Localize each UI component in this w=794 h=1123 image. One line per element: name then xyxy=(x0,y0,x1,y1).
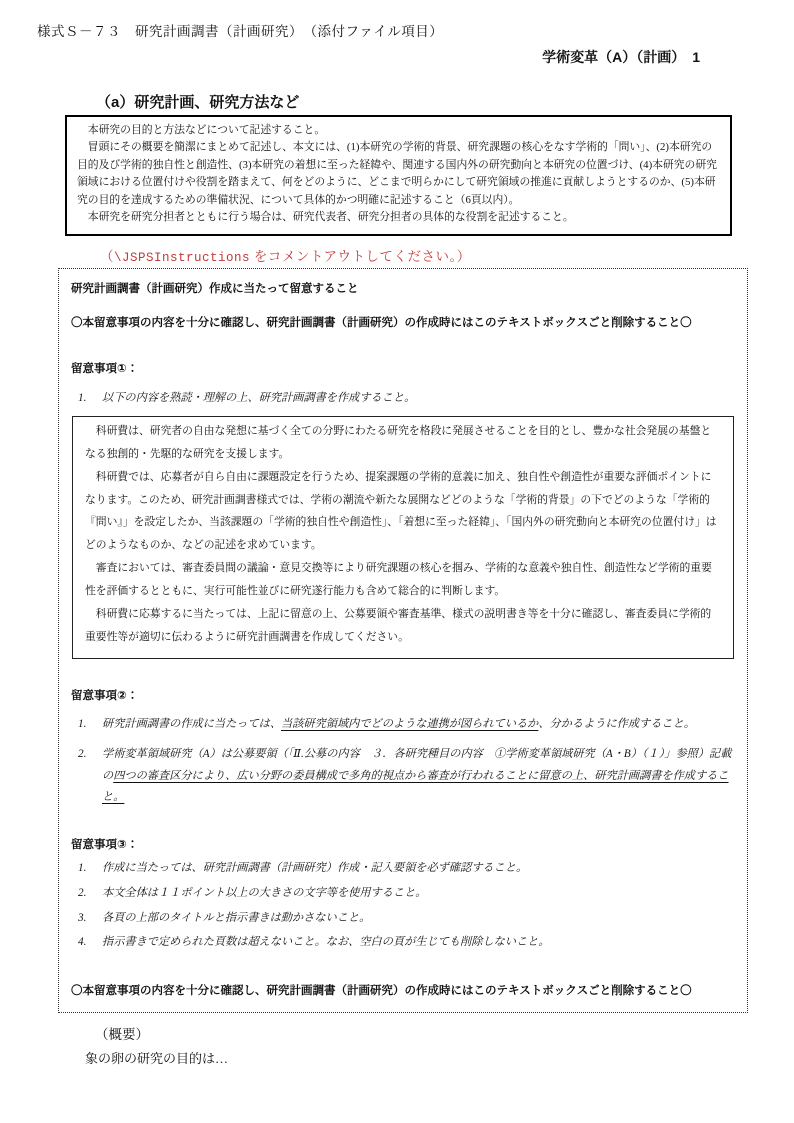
instruction-box: 本研究の目的と方法などについて記述すること。 冒頭にその概要を簡潔にまとめて記述… xyxy=(65,115,732,236)
comment-out-note: （\JSPSInstructions をコメントアウトしてください。） xyxy=(100,245,748,265)
note3-heading: 留意事項③： xyxy=(71,837,735,854)
info-paragraph-3: 審査においては、審査委員間の議論・意見交換等により研究課題の核心を掴み、学術的な… xyxy=(85,557,721,603)
summary-label: （概要） xyxy=(95,1023,748,1043)
form-number-label: 様式Ｓ－７３ 研究計画調書（計画研究） （添付ファイル項目） xyxy=(37,20,748,40)
page-content: （a）研究計画、研究方法など 本研究の目的と方法などについて記述すること。 冒頭… xyxy=(58,91,748,1067)
note3-item-2: 2. 本文全体は１１ポイント以上の大きさの文字等を使用すること。 xyxy=(71,883,735,904)
note2-item-1: 1. 研究計画調書の作成に当たっては、当該研究領域内でどのような連携が図られてい… xyxy=(71,714,735,735)
info-paragraph-4: 科研費に応募するに当たっては、上記に留意の上、公募要領や審査基準、様式の説明書き… xyxy=(85,603,721,649)
list-item-text: 作成に当たっては、研究計画調書（計画研究）作成・記入要領を必ず確認すること。 xyxy=(102,858,735,879)
document-page: 様式Ｓ－７３ 研究計画調書（計画研究） （添付ファイル項目） 学術変革（A）（計… xyxy=(0,0,794,1123)
note1-heading: 留意事項①： xyxy=(71,361,735,378)
list-number: 1. xyxy=(71,388,102,409)
section-title: （a）研究計画、研究方法など xyxy=(96,91,748,112)
delete-notice-bottom: 〇本留意事項の内容を十分に確認し、研究計画調書（計画研究）の作成時にはこのテキス… xyxy=(71,983,735,1000)
instruction-paragraph-1: 本研究の目的と方法などについて記述すること。 xyxy=(77,122,720,139)
info-paragraph-2: 科研費では、応募者が自ら自由に課題設定を行うため、提案課題の学術的意義に加え、独… xyxy=(85,466,721,558)
list-number: 1. xyxy=(71,714,102,735)
note3-item-3: 3. 各頁の上部のタイトルと指示書きは動かさないこと。 xyxy=(71,908,735,929)
list-number: 1. xyxy=(71,858,102,879)
list-number: 4. xyxy=(71,932,102,953)
page-header-label: 学術変革（A）（計画） 1 xyxy=(37,47,700,67)
underlined-phrase: 当該研究領域内でどのような連携が図られているか xyxy=(281,718,538,730)
note3-section: 留意事項③： 1. 作成に当たっては、研究計画調書（計画研究）作成・記入要領を必… xyxy=(71,837,735,953)
list-item-text: 各頁の上部のタイトルと指示書きは動かさないこと。 xyxy=(102,908,735,929)
note1-item: 1. 以下の内容を熟読・理解の上、研究計画調書を作成すること。 xyxy=(71,388,735,409)
notes-title: 研究計画調書（計画研究）作成に当たって留意すること xyxy=(71,281,735,298)
comment-note-text: をコメントアウトしてください。） xyxy=(250,249,471,264)
delete-notice-top: 〇本留意事項の内容を十分に確認し、研究計画調書（計画研究）の作成時にはこのテキス… xyxy=(71,315,735,332)
summary-text: 象の卵の研究の目的は… xyxy=(85,1048,748,1067)
list-number: 2. xyxy=(71,883,102,904)
info-paragraph-1: 科研費は、研究者の自由な発想に基づく全ての分野にわたる研究を格段に発展させること… xyxy=(85,420,721,466)
list-item-text: 本文全体は１１ポイント以上の大きさの文字等を使用すること。 xyxy=(102,883,735,904)
comment-note-latex-command: \JSPSInstructions xyxy=(114,251,250,265)
instruction-paragraph-2: 冒頭にその概要を簡潔にまとめて記述し、本文には、(1)本研究の学術的背景、研究課… xyxy=(77,139,720,209)
list-item-text: 研究計画調書の作成に当たっては、当該研究領域内でどのような連携が図られているか、… xyxy=(102,714,735,735)
kakenhi-info-box: 科研費は、研究者の自由な発想に基づく全ての分野にわたる研究を格段に発展させること… xyxy=(72,416,734,659)
note2-item-2: 2. 学術変革領域研究（A）は公募要領（「Ⅱ.公募の内容 ３．各研究種目の内容 … xyxy=(71,744,735,808)
list-item-text: 以下の内容を熟読・理解の上、研究計画調書を作成すること。 xyxy=(102,388,735,409)
instruction-paragraph-3: 本研究を研究分担者とともに行う場合は、研究代表者、研究分担者の具体的な役割を記述… xyxy=(77,209,720,226)
note2-heading: 留意事項②： xyxy=(71,688,735,705)
comment-note-open-paren: （ xyxy=(100,249,114,264)
list-number: 2. xyxy=(71,744,102,808)
note3-item-4: 4. 指示書きで定められた頁数は超えないこと。なお、空白の頁が生じても削除しない… xyxy=(71,932,735,953)
list-item-text: 指示書きで定められた頁数は超えないこと。なお、空白の頁が生じても削除しないこと。 xyxy=(102,932,735,953)
underlined-phrase: 四つの審査区分により、広い分野の委員構成で多角的視点から審査が行われることに留意… xyxy=(102,770,729,803)
list-item-text: 学術変革領域研究（A）は公募要領（「Ⅱ.公募の内容 ３．各研究種目の内容 ①学術… xyxy=(102,744,735,808)
notes-textbox: 研究計画調書（計画研究）作成に当たって留意すること 〇本留意事項の内容を十分に確… xyxy=(58,268,748,1014)
note3-item-1: 1. 作成に当たっては、研究計画調書（計画研究）作成・記入要領を必ず確認すること… xyxy=(71,858,735,879)
list-number: 3. xyxy=(71,908,102,929)
